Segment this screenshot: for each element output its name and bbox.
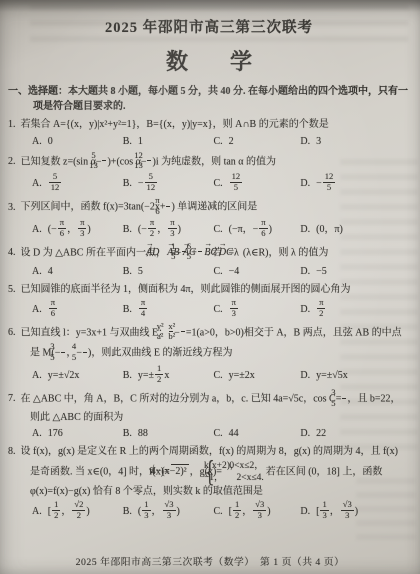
option-D: D.−5 [300, 264, 410, 279]
option-value: 176 [48, 426, 63, 441]
fraction-denominator: 3 [142, 511, 150, 521]
fraction: 65 [198, 242, 202, 263]
option-label: B. [123, 134, 132, 149]
option-label: D. [300, 368, 310, 383]
option-value: [12，√33) [229, 501, 271, 522]
question-6: 6.已知直线 l：y=3x+1 与双曲线 E：y²a²−x²b²=1(a>0，b… [8, 323, 410, 386]
fraction: x²b² [181, 322, 185, 343]
option-value: [13，√33) [316, 501, 358, 522]
fraction-denominator: 2 [72, 511, 85, 521]
option-label: D. [300, 264, 310, 279]
option-label: C. [213, 134, 222, 149]
option-label: B. [123, 222, 132, 237]
fraction-denominator: 2 [155, 375, 163, 385]
fraction-denominator: 12 [145, 183, 158, 193]
option-value: −4 [229, 264, 240, 279]
option-value: π3 [229, 299, 239, 320]
question-stem: 5.已知圆锥的底面半径为 1，侧面积为 4π，则此圆锥的侧面展开图的圆心角为 [8, 282, 410, 298]
option-label: D. [300, 176, 310, 191]
option-B: B.88 [123, 426, 214, 441]
option-value: 0 [48, 134, 53, 149]
fraction-numerator: √3 [341, 500, 354, 511]
section-header: 一、选择题：本大题共 8 小题，每小题 5 分，共 40 分. 在每小题给出的四… [8, 84, 410, 114]
fraction: π6 [49, 298, 57, 319]
question-number: 5. [8, 284, 16, 295]
fraction-denominator: 2 [52, 511, 60, 521]
option-label: A. [32, 426, 42, 441]
fraction: 12 [52, 500, 60, 521]
question-3: 3.下列区间中，函数 f(x)=3tan(−2x+π6) 单调递减的区间是A.(… [8, 197, 410, 240]
options-row: A.176B.88C.44D.22 [8, 426, 410, 441]
question-number: 3. [8, 202, 16, 213]
question-stem: 3.下列区间中，函数 f(x)=3tan(−2x+π6) 单调递减的区间是 [8, 197, 410, 218]
fraction-numerator: 1 [52, 500, 60, 511]
option-value: 22 [316, 426, 326, 441]
option-label: C. [213, 264, 222, 279]
fraction-denominator: 3 [168, 229, 176, 239]
question-5: 5.已知圆锥的底面半径为 1，侧面积为 4π，则此圆锥的侧面展开图的圆心角为A.… [8, 282, 410, 319]
fraction-numerator: √3 [253, 500, 266, 511]
option-C: C.−4 [213, 264, 300, 279]
option-A: A.(−π6，π3) [32, 219, 123, 240]
option-label: A. [32, 134, 42, 149]
fraction-denominator: 3 [253, 511, 266, 521]
option-value: (13，√33) [138, 501, 180, 522]
question-stem: 6.已知直线 l：y=3x+1 与双曲线 E：y²a²−x²b²=1(a>0，b… [8, 323, 410, 365]
option-label: A. [32, 368, 42, 383]
fraction-numerator: π [139, 298, 147, 309]
option-label: C. [213, 368, 222, 383]
fraction: 12 [233, 500, 241, 521]
option-label: B. [123, 176, 132, 191]
option-D: D.π2 [300, 299, 410, 320]
fraction: π3 [168, 218, 176, 239]
question-8: 8.设 f(x)，g(x) 是定义在 R 上的两个周期函数，f(x) 的周期为 … [8, 444, 410, 521]
question-number: 2. [8, 156, 16, 167]
option-C: C.π3 [213, 299, 300, 320]
case-condition: 0<x≤2， [251, 460, 263, 472]
option-label: D. [300, 222, 310, 237]
option-label: A. [32, 302, 42, 317]
fraction-numerator: π [168, 218, 176, 229]
fraction: π6 [259, 218, 267, 239]
fraction-numerator: 6 [198, 242, 202, 253]
option-value: 3 [316, 134, 321, 149]
fraction-denominator: 5 [342, 399, 346, 409]
fraction: √33 [253, 500, 266, 521]
option-value: y=±2x [229, 368, 255, 383]
fraction: π3 [230, 298, 238, 319]
option-label: C. [213, 426, 222, 441]
option-B: B.(−π2，π3) [123, 219, 214, 240]
radicand: 4−(x−2)² [171, 464, 189, 479]
option-value: 4 [48, 264, 53, 279]
cases-row: −1，2<x≤4. [226, 472, 264, 484]
fraction-denominator: 4 [139, 309, 147, 319]
option-D: D.y=±√5x [300, 368, 410, 383]
options-row: A.[12，√22)B.(13，√33)C.[12，√33)D.[13，√33) [8, 501, 410, 522]
option-D: D.(0，π) [300, 222, 410, 237]
fraction-numerator: 1 [233, 500, 241, 511]
option-label: D. [300, 134, 310, 149]
fraction-denominator: 5 [323, 183, 336, 193]
fraction: 35 [342, 388, 346, 409]
option-value: (−π，−π6) [229, 219, 272, 240]
fraction: π6 [58, 218, 66, 239]
options-row: A.(−π6，π3)B.(−π2，π3)C.(−π，−π6)D.(0，π) [8, 219, 410, 240]
option-A: A.512 [32, 173, 123, 194]
option-value: y=±√2x [48, 368, 80, 383]
page-footer: 2025 年邵阳市高三第三次联考（数学） 第 1 页（共 4 页） [0, 554, 420, 568]
fraction: π4 [139, 298, 147, 319]
question-number: 1. [8, 119, 16, 130]
question-number: 7. [8, 393, 16, 404]
fraction-numerator: π [148, 218, 156, 229]
option-C: C.[12，√33) [213, 501, 300, 522]
option-value: (−π2，π3) [138, 219, 181, 240]
question-number: 6. [8, 327, 16, 338]
fraction-numerator: x² [181, 322, 185, 333]
option-label: D. [300, 504, 310, 519]
fraction-denominator: 5 [61, 353, 65, 363]
exam-paper: 2025 年邵阳市高三第三次联考 数 学 一、选择题：本大题共 8 小题，每小题… [0, 0, 420, 574]
fraction-denominator: 13 [102, 161, 106, 171]
cases-rows: k(x+2)，0<x≤2，−1，2<x≤4. [226, 460, 264, 485]
option-label: D. [300, 302, 310, 317]
question-stem: 4.设 D 为 △ABC 所在平面内一点，AD=−15AB+65AC. 若 BC… [8, 243, 410, 264]
question-list: 1.若集合 A={(x，y)|x²+y²=1}，B={(x，y)|y=x}，则 … [8, 117, 410, 521]
fraction: π2 [148, 218, 156, 239]
fraction: 513 [102, 151, 106, 172]
exam-title: 2025 年邵阳市高三第三次联考 [8, 16, 410, 37]
option-value: y=±12x [138, 365, 169, 386]
fraction: √33 [163, 500, 176, 521]
fraction-numerator: 5 [102, 151, 106, 162]
option-label: A. [32, 264, 42, 279]
fraction-numerator: √2 [72, 500, 85, 511]
option-value: 5 [138, 264, 143, 279]
fraction: 35 [61, 342, 65, 363]
fraction: 13 [320, 500, 328, 521]
fraction-denominator: 3 [230, 309, 238, 319]
option-D: D.3 [300, 134, 410, 149]
options-row: A.0B.1C.2D.3 [8, 134, 410, 149]
fraction: √22 [72, 500, 85, 521]
piecewise-cases: {k(x+2)，0<x≤2，−1，2<x≤4. [224, 460, 264, 485]
fraction: π3 [78, 218, 86, 239]
option-value: (−π6，π3) [48, 219, 91, 240]
fraction-denominator: 6 [259, 229, 267, 239]
option-C: C.y=±2x [213, 368, 300, 383]
fraction: 13 [142, 500, 150, 521]
question-number: 4. [8, 247, 16, 258]
option-value: π2 [316, 299, 326, 320]
cases-row: k(x+2)，0<x≤2， [226, 460, 264, 472]
option-A: A.π6 [32, 299, 123, 320]
fraction: 45 [83, 342, 87, 363]
fraction: 12 [155, 364, 163, 385]
fraction-denominator: 5 [230, 183, 243, 193]
fraction-denominator: 5 [198, 252, 202, 262]
fraction-denominator: 12 [49, 183, 62, 193]
option-D: D.22 [300, 426, 410, 441]
option-B: B.π4 [123, 299, 214, 320]
fraction-numerator: π [230, 298, 238, 309]
photo-top-shadow [0, 0, 420, 12]
option-value: −125 [316, 173, 336, 194]
option-B: B.5 [123, 264, 214, 279]
option-A: A.y=±√2x [32, 368, 123, 383]
fraction-denominator: 3 [163, 511, 176, 521]
option-label: A. [32, 176, 42, 191]
fraction-numerator: 1 [142, 500, 150, 511]
option-value: 44 [229, 426, 239, 441]
fraction-denominator: 13 [147, 161, 151, 171]
fraction-numerator: π [166, 196, 170, 207]
fraction-denominator: 5 [83, 353, 87, 363]
fraction-numerator: π [317, 298, 325, 309]
question-number: 8. [8, 446, 16, 457]
option-value: (0，π) [316, 222, 343, 237]
option-A: A.4 [32, 264, 123, 279]
options-row: A.y=±√2xB.y=±12xC.y=±2xD.y=±√5x [8, 365, 410, 386]
option-D: D.[13，√33) [300, 501, 410, 522]
option-label: C. [213, 176, 222, 191]
fraction-numerator: π [49, 298, 57, 309]
options-row: A.π6B.π4C.π3D.π2 [8, 299, 410, 320]
fraction-denominator: 2 [317, 309, 325, 319]
option-A: A.176 [32, 426, 123, 441]
option-label: D. [300, 426, 310, 441]
option-B: B.y=±12x [123, 365, 214, 386]
fraction-numerator: 3 [61, 342, 65, 353]
option-C: C.44 [213, 426, 300, 441]
fraction-denominator: 3 [320, 511, 328, 521]
fraction-numerator: π [58, 218, 66, 229]
fraction-denominator: 2 [148, 229, 156, 239]
option-C: C.2 [213, 134, 300, 149]
option-label: C. [213, 222, 222, 237]
option-value: 512 [48, 173, 63, 194]
option-D: D.−125 [300, 173, 410, 194]
subject-title: 数 学 [8, 45, 410, 76]
option-A: A.0 [32, 134, 123, 149]
option-label: C. [213, 302, 222, 317]
fraction-denominator: b² [181, 332, 185, 342]
fraction-denominator: 3 [78, 229, 86, 239]
question-stem: 7.在 △ABC 中，角 A，B，C 所对的边分别为 a，b，c. 已知 4a=… [8, 389, 410, 425]
option-C: C.(−π，−π6) [213, 219, 300, 240]
question-stem: 2.已知复数 z=(sin α−513)+(cos α−1213)i 为纯虚数，… [8, 152, 410, 173]
fraction: 512 [145, 172, 158, 193]
question-4: 4.设 D 为 △ABC 所在平面内一点，AD=−15AB+65AC. 若 BC… [8, 243, 410, 280]
question-1: 1.若集合 A={(x，y)|x²+y²=1}，B={(x，y)|y=x}，则 … [8, 117, 410, 149]
fraction-denominator: 6 [166, 207, 170, 217]
question-stem: 8.设 f(x)，g(x) 是定义在 R 上的两个周期函数，f(x) 的周期为 … [8, 444, 410, 500]
option-label: B. [123, 368, 132, 383]
case-condition: 2<x≤4. [259, 472, 264, 484]
option-A: A.[12，√22) [32, 501, 123, 522]
fraction: 125 [323, 172, 336, 193]
options-row: A.512B.−512C.125D.−125 [8, 173, 410, 194]
fraction-denominator: 3 [341, 511, 354, 521]
fraction-numerator: 4 [83, 342, 87, 353]
fraction-numerator: 1 [320, 500, 328, 511]
option-value: [12，√22) [48, 501, 90, 522]
option-value: π6 [48, 299, 58, 320]
fraction-denominator: 6 [58, 229, 66, 239]
fraction-numerator: 12 [147, 151, 151, 162]
option-label: B. [123, 264, 132, 279]
fraction: 125 [230, 172, 243, 193]
fraction-denominator: 2 [233, 511, 241, 521]
option-value: −512 [138, 173, 158, 194]
option-label: B. [123, 426, 132, 441]
fraction-numerator: π [78, 218, 86, 229]
option-B: B.−512 [123, 173, 214, 194]
options-row: A.4B.5C.−4D.−5 [8, 264, 410, 279]
option-label: C. [213, 504, 222, 519]
option-B: B.1 [123, 134, 214, 149]
option-value: 88 [138, 426, 148, 441]
question-2: 2.已知复数 z=(sin α−513)+(cos α−1213)i 为纯虚数，… [8, 152, 410, 195]
fraction-numerator: √3 [163, 500, 176, 511]
option-label: A. [32, 504, 42, 519]
option-value: π4 [138, 299, 148, 320]
fraction: √33 [341, 500, 354, 521]
fraction: 512 [49, 172, 62, 193]
option-value: −5 [316, 264, 327, 279]
option-B: B.(13，√33) [123, 501, 214, 522]
question-stem: 1.若集合 A={(x，y)|x²+y²=1}，B={(x，y)|y=x}，则 … [8, 117, 410, 133]
fraction: 1213 [147, 151, 151, 172]
option-value: 2 [229, 134, 234, 149]
fraction-numerator: π [259, 218, 267, 229]
fraction-denominator: 6 [49, 309, 57, 319]
option-label: A. [32, 222, 42, 237]
fraction: π6 [166, 196, 170, 217]
option-value: 125 [229, 173, 244, 194]
option-C: C.125 [213, 173, 300, 194]
fraction-numerator: 3 [342, 388, 346, 399]
fraction: π2 [317, 298, 325, 319]
option-value: y=±√5x [316, 368, 348, 383]
option-label: B. [123, 504, 132, 519]
option-value: 1 [138, 134, 143, 149]
option-label: B. [123, 302, 132, 317]
square-root: √4−(x−2)² [171, 464, 189, 480]
question-7: 7.在 △ABC 中，角 A，B，C 所对的边分别为 a，b，c. 已知 4a=… [8, 389, 410, 441]
